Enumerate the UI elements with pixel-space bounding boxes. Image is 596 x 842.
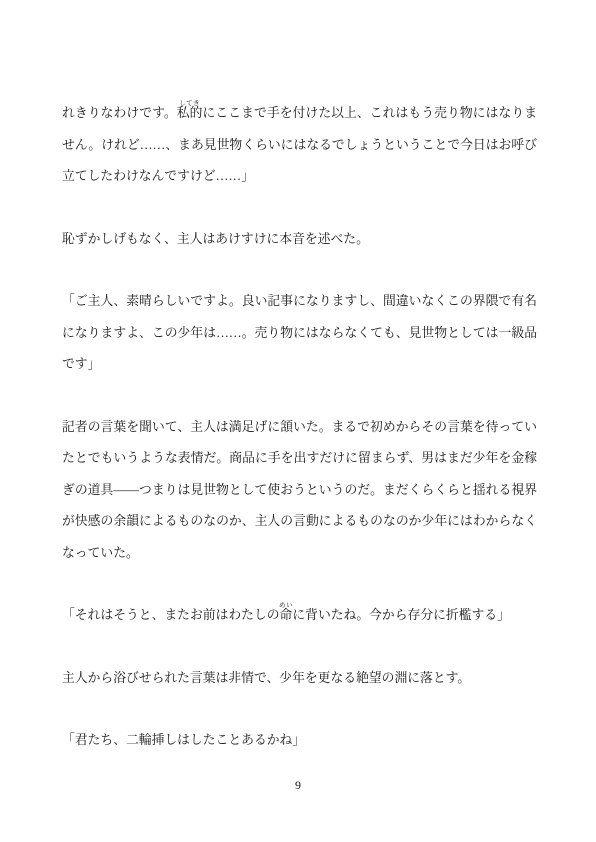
- paragraph-4: 記者の言葉を聞いて、主人は満足げに頷いた。まるで初めからその言葉を待っていたとで…: [62, 412, 537, 570]
- ruby-furigana: してき: [177, 100, 203, 107]
- ruby-annotation-mei: 命めい: [280, 608, 293, 622]
- document-page: れきりなわけです。私的してきにここまで手を付けた以上、これはもう売り物にはなりま…: [0, 0, 596, 842]
- paragraph-6: 主人から浴びせられた言葉は非情で、少年を更なる絶望の淵に落とす。: [62, 663, 537, 695]
- paragraph-1: れきりなわけです。私的してきにここまで手を付けた以上、これはもう売り物にはなりま…: [62, 98, 537, 193]
- ruby-annotation-shiteki: 私的してき: [177, 106, 203, 120]
- ruby-base: 命: [279, 608, 293, 622]
- paragraph-5: 「それはそうと、またお前はわたしの命めいに背いたね。今から存分に折檻する」: [62, 600, 537, 632]
- paragraph-1-text-pre: れきりなわけです。: [62, 106, 177, 120]
- paragraph-5-text-post: に背いたね。今から存分に折檻する」: [292, 608, 510, 622]
- page-number: 9: [0, 777, 596, 793]
- ruby-base: 私的: [177, 106, 203, 120]
- paragraph-2: 恥ずかしげもなく、主人はあけすけに本音を述べた。: [62, 224, 537, 256]
- ruby-furigana: めい: [279, 602, 293, 609]
- paragraph-3: 「ご主人、素晴らしいですよ。良い記事になりますし、間違いなくこの界隈で有名になり…: [62, 286, 537, 381]
- paragraph-5-text-pre: 「それはそうと、またお前はわたしの: [62, 608, 280, 622]
- paragraph-7: 「君たち、二輪挿しはしたことあるかね」: [62, 725, 537, 757]
